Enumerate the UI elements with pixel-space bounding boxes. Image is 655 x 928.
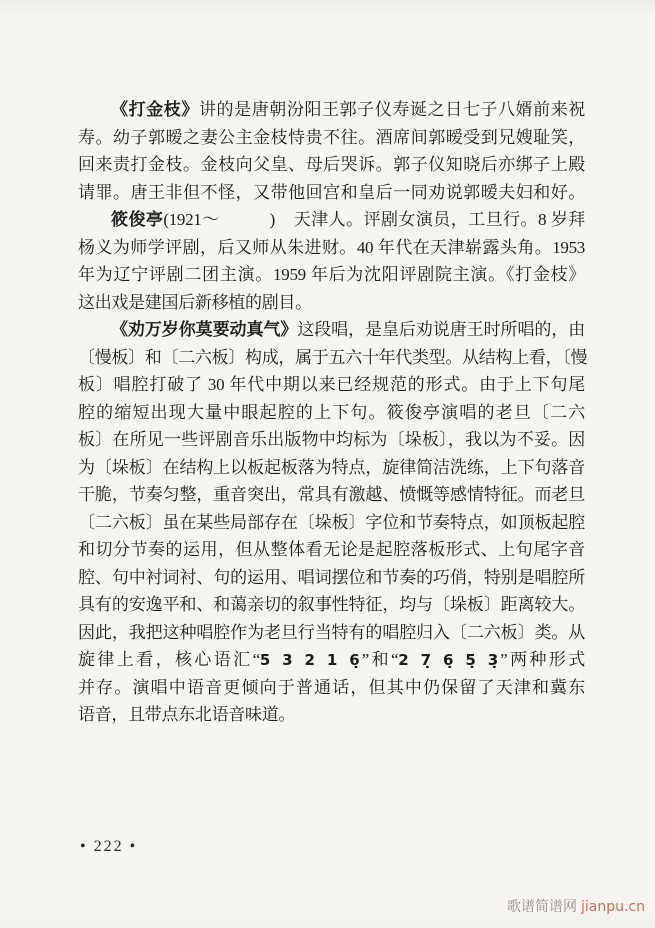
text-line: 板〕在所见一些评剧音乐出版物中均标为〔垛板〕，我以为不妥。因 — [78, 426, 585, 454]
text-line: 〔二六板〕虽在某些局部存在〔垛板〕字位和节奏特点，如顶板起腔 — [78, 509, 585, 537]
text-line: 和切分节奏的运用，但从整体看无论是起腔落板形式、上句尾字音 — [78, 536, 585, 564]
text-line: 并存。演唱中语音更倾向于普通话，但其中仍保留了天津和冀东 — [78, 674, 585, 702]
text-line: 请罪。唐王非但不怪，又带他回宫和皇后一同劝说郭暧夫妇和好。 — [78, 179, 585, 207]
text-line: 〔慢板〕和〔二六板〕构成，属于五六十年代类型。从结构上看，〔慢 — [78, 344, 585, 372]
text-segment: ”两种形式 — [500, 650, 585, 669]
text-line: 腔的缩短出现大量中眼起腔的上下句。筱俊亭演唱的老旦〔二六 — [78, 399, 585, 427]
text-line: 筱俊亭(1921～)天津人。评剧女演员，工旦行。8 岁拜 — [78, 206, 585, 234]
text-line: 语音，且带点东北语音味道。 — [78, 701, 585, 729]
performer-name: 筱俊亭 — [111, 210, 163, 229]
jianpu-motif-1: 5 3 2 1 6̣ — [260, 651, 362, 669]
text-segment: 天津人。评剧女演员，工旦行。8 岁拜 — [293, 210, 585, 229]
text-line: 板〕唱腔打破了 30 年代中期以来已经规范的形式。由于上下句尾 — [78, 371, 585, 399]
text-line: 《劝万岁你莫要动真气》这段唱，是皇后劝说唐王时所唱的，由 — [78, 316, 585, 344]
text-line: 腔、句中衬词衬、句的运用、唱词摆位和节奏的巧俏，特别是唱腔所 — [78, 564, 585, 592]
text-line: 干脆，节奏匀整，重音突出，常具有激越、愤慨等感情特征。而老旦 — [78, 481, 585, 509]
book-page: 《打金枝》讲的是唐朝汾阳王郭子仪寿诞之日七子八婿前来祝 寿。幼子郭暧之妻公主金枝… — [0, 0, 655, 928]
paragraph-synopsis: 《打金枝》讲的是唐朝汾阳王郭子仪寿诞之日七子八婿前来祝 寿。幼子郭暧之妻公主金枝… — [78, 96, 585, 206]
text-line: 《打金枝》讲的是唐朝汾阳王郭子仪寿诞之日七子八婿前来祝 — [78, 96, 585, 124]
text-line: 这出戏是建国后新移植的剧目。 — [78, 289, 585, 317]
text-segment: 旋律上看，核心语汇“ — [78, 650, 260, 669]
text-line: 为〔垛板〕在结构上以板起板落为特点，旋律简洁洗练，上下句落音 — [78, 454, 585, 482]
text-line: 杨义为师学评剧，后又师从朱进财。40 年代在天津崭露头角。1953 — [78, 234, 585, 262]
text-line: 寿。幼子郭暧之妻公主金枝恃贵不往。酒席间郭暧受到兄嫂耻笑， — [78, 124, 585, 152]
watermark-site-url: jianpu.cn — [581, 899, 645, 915]
text-line: 具有的安逸平和、和蔼亲切的叙事性特征，均与〔垛板〕距离较大。 — [78, 591, 585, 619]
text-segment: ”和“ — [362, 650, 399, 669]
opera-title: 《打金枝》 — [111, 100, 199, 119]
text-line: 回来责打金枝。金枝向父皇、母后哭诉。郭子仪知晓后亦绑子上殿 — [78, 151, 585, 179]
text-segment: 这段唱，是皇后劝说唐王时所唱的，由 — [297, 320, 585, 339]
aria-title: 《劝万岁你莫要动真气》 — [111, 320, 297, 339]
text-line-notation: 旋律上看，核心语汇“5 3 2 1 6̣”和“2 7̣ 6̣ 5̣ 3̣”两种形… — [78, 646, 585, 674]
birth-year: (1921～ — [163, 210, 219, 229]
page-number: • 222 • — [80, 838, 137, 856]
close-paren: ) — [270, 210, 275, 229]
watermark: 歌谱简谱网jianpu.cn — [507, 896, 645, 916]
text-segment: 讲的是唐朝汾阳王郭子仪寿诞之日七子八婿前来祝 — [199, 100, 585, 119]
paragraph-biography: 筱俊亭(1921～)天津人。评剧女演员，工旦行。8 岁拜 杨义为师学评剧，后又师… — [78, 206, 585, 316]
text-line: 因此，我把这种唱腔作为老旦行当特有的唱腔归入〔二六板〕类。从 — [78, 619, 585, 647]
body-text: 《打金枝》讲的是唐朝汾阳王郭子仪寿诞之日七子八婿前来祝 寿。幼子郭暧之妻公主金枝… — [78, 96, 585, 729]
jianpu-motif-2: 2 7̣ 6̣ 5̣ 3̣ — [398, 651, 500, 669]
text-line: 年为辽宁评剧二团主演。1959 年后为沈阳评剧院主演。《打金枝》 — [78, 261, 585, 289]
watermark-site-name: 歌谱简谱网 — [507, 900, 577, 915]
paragraph-analysis: 《劝万岁你莫要动真气》这段唱，是皇后劝说唐王时所唱的，由 〔慢板〕和〔二六板〕构… — [78, 316, 585, 729]
